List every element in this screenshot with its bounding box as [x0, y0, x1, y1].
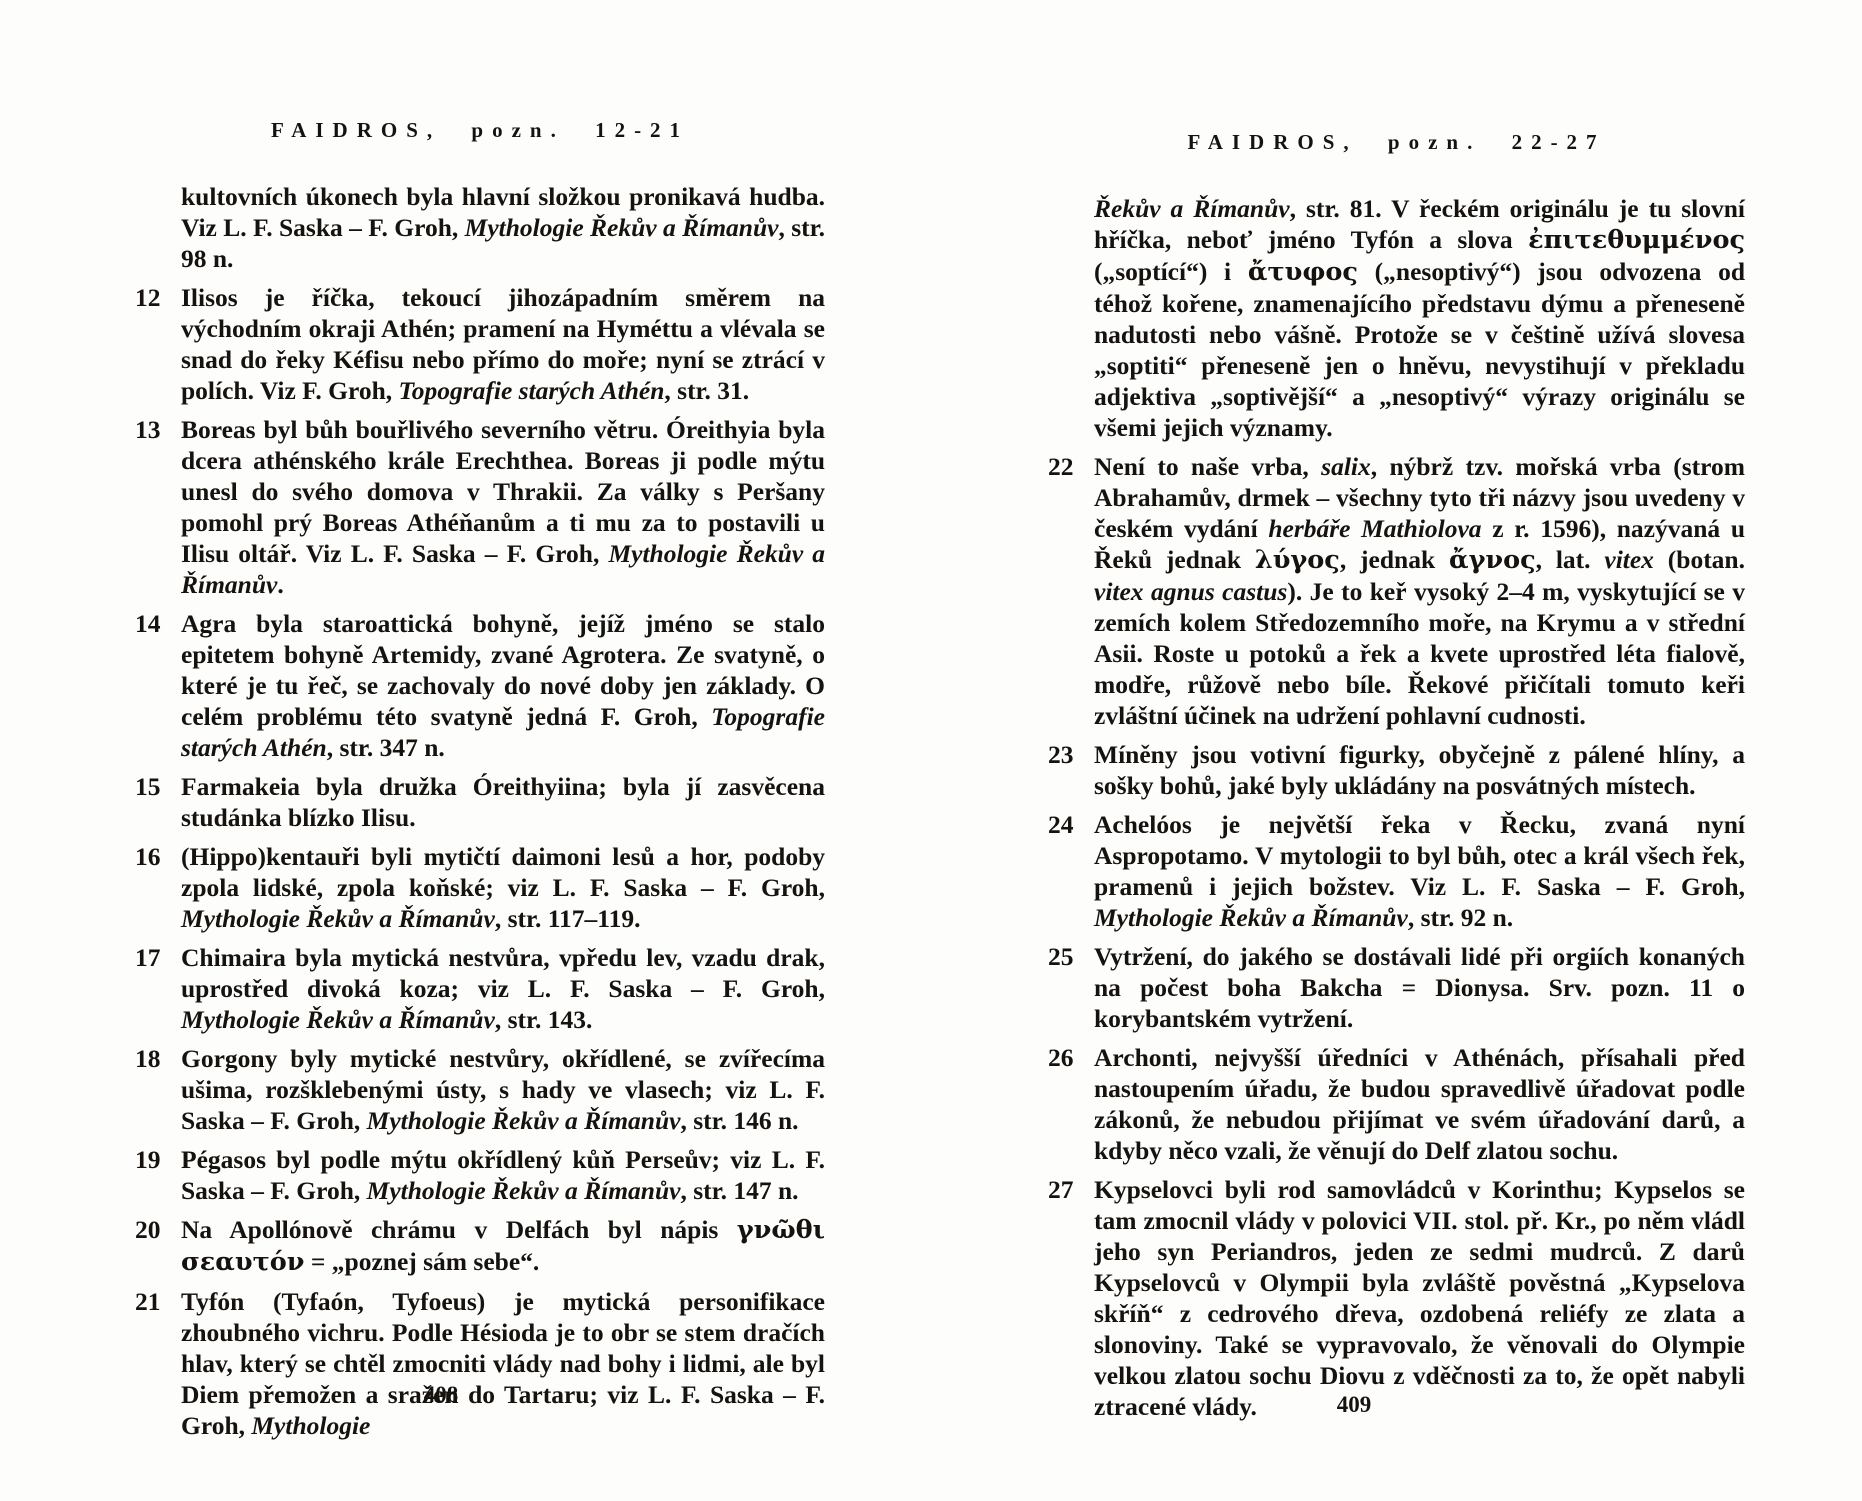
greek-phrase: λύγος: [1255, 545, 1340, 575]
book-title: Mythologie Řekův a Římanův: [367, 1106, 681, 1135]
note-19: 19Pégasos byl podle mýtu okřídlený kůň P…: [135, 1144, 825, 1206]
book-title: Mythologie Řekův a Římanův: [367, 1176, 681, 1205]
note-text: („soptící“) i: [1094, 257, 1248, 286]
greek-phrase: ἐπιτεθυμμένος: [1528, 225, 1745, 255]
note-text: , str. 117–119.: [495, 904, 641, 933]
note-13: 13Boreas byl bůh bouřlivého severního vě…: [135, 414, 825, 600]
note-number: 24: [1048, 809, 1074, 840]
note-text: , jednak: [1340, 545, 1449, 574]
page-number-left: 408: [135, 1382, 747, 1408]
note-number: 23: [1048, 739, 1074, 770]
note-25: 25Vytržení, do jakého se dostávali lidé …: [1048, 941, 1745, 1034]
note-number: 20: [135, 1214, 161, 1245]
note-number: 18: [135, 1043, 161, 1074]
page-number-right: 409: [1048, 1392, 1660, 1418]
note-22: 22Není to naše vrba, salix, nýbrž tzv. m…: [1048, 451, 1745, 731]
note-number: 14: [135, 608, 161, 639]
note-text: Kypselovci byli rod samovládců v Korinth…: [1094, 1175, 1745, 1421]
note-text: Achelóos je největší řeka v Řecku, zvaná…: [1094, 810, 1745, 901]
note-text: , lat.: [1536, 545, 1605, 574]
note-text: Není to naše vrba,: [1094, 452, 1321, 481]
notes-list-right: Řekův a Římanův, str. 81. V řeckém origi…: [1048, 193, 1745, 1422]
page-right: FAIDROS, pozn. 22-27 Řekův a Římanův, st…: [1048, 0, 1745, 1430]
note-14: 14Agra byla staroattická bohyně, jejíž j…: [135, 608, 825, 763]
note-number: 16: [135, 841, 161, 872]
note-18: 18Gorgony byly mytické nestvůry, okřídle…: [135, 1043, 825, 1136]
note-text: , str. 143.: [495, 1005, 593, 1034]
note-text: , str. 146 n.: [680, 1106, 798, 1135]
note-text: Farmakeia byla družka Óreithyiina; byla …: [181, 772, 825, 832]
note-text: Archonti, nejvyšší úředníci v Athénách, …: [1094, 1043, 1745, 1165]
book-title: salix: [1321, 452, 1371, 481]
note-24: 24Achelóos je největší řeka v Řecku, zva…: [1048, 809, 1745, 933]
book-title: Mythologie: [251, 1411, 370, 1440]
note-text: , str. 347 n.: [327, 733, 445, 762]
note-text: , str. 31.: [664, 376, 749, 405]
note-text: = „poznej sám sebe“.: [304, 1247, 539, 1276]
note-text: Na Apollónově chrámu v Delfách byl nápis: [181, 1215, 737, 1244]
note-number: 13: [135, 414, 161, 445]
note-17: 17Chimaira byla mytická nestvůra, vpředu…: [135, 942, 825, 1035]
note-text: (Hippo)kentauři byli mytičtí daimoni les…: [181, 842, 825, 902]
book-title: Topografie starých Athén: [399, 376, 665, 405]
note-text: , str. 147 n.: [680, 1176, 798, 1205]
book-title: vitex agnus castus: [1094, 577, 1287, 606]
note-number: 15: [135, 771, 161, 802]
book-title: Řekův a Římanův: [1094, 194, 1290, 223]
note-text: Vytržení, do jakého se dostávali lidé př…: [1094, 942, 1745, 1033]
note-number: 12: [135, 282, 161, 313]
note-text: Míněny jsou votivní figurky, obyčejně z …: [1094, 740, 1745, 800]
note-number: 22: [1048, 451, 1074, 482]
book-title: Mythologie Řekův a Římanův: [1094, 903, 1408, 932]
greek-phrase: ἄτυφος: [1248, 257, 1358, 287]
note-text: Chimaira byla mytická nestvůra, vpředu l…: [181, 943, 825, 1003]
note-number: 17: [135, 942, 161, 973]
note-26: 26Archonti, nejvyšší úředníci v Athénách…: [1048, 1042, 1745, 1166]
notes-list-left: kultovních úkonech byla hlavní složkou p…: [135, 181, 825, 1441]
continuation-paragraph: kultovních úkonech byla hlavní složkou p…: [135, 181, 825, 274]
note-number: 27: [1048, 1174, 1074, 1205]
book-title: herbáře Mathiolova: [1268, 514, 1481, 543]
note-number: 19: [135, 1144, 161, 1175]
note-27: 27Kypselovci byli rod samovládců v Korin…: [1048, 1174, 1745, 1422]
note-23: 23Míněny jsou votivní figurky, obyčejně …: [1048, 739, 1745, 801]
book-title: Mythologie Řekův a Římanův: [181, 1005, 495, 1034]
note-15: 15Farmakeia byla družka Óreithyiina; byl…: [135, 771, 825, 833]
note-20: 20Na Apollónově chrámu v Delfách byl náp…: [135, 1214, 825, 1278]
book-title: vitex: [1604, 545, 1654, 574]
note-16: 16(Hippo)kentauři byli mytičtí daimoni l…: [135, 841, 825, 934]
note-number: 26: [1048, 1042, 1074, 1073]
note-12: 12Ilisos je říčka, tekoucí jihozápadním …: [135, 282, 825, 406]
page-left: FAIDROS, pozn. 12-21 kultovních úkonech …: [135, 0, 825, 1449]
book-title: Mythologie Řekův a Římanův: [465, 213, 779, 242]
book-spread-scan: FAIDROS, pozn. 12-21 kultovních úkonech …: [0, 0, 1862, 1501]
note-text: , str. 92 n.: [1408, 903, 1513, 932]
note-text: .: [277, 570, 283, 599]
running-head-left: FAIDROS, pozn. 12-21: [135, 118, 825, 143]
greek-phrase: ἄγνος: [1449, 545, 1536, 575]
note-21: 21Tyfón (Tyfaón, Tyfoeus) je mytická per…: [135, 1286, 825, 1441]
note-text: (botan.: [1654, 545, 1745, 574]
running-head-right: FAIDROS, pozn. 22-27: [1048, 130, 1745, 155]
continuation-paragraph: Řekův a Římanův, str. 81. V řeckém origi…: [1048, 193, 1745, 443]
note-number: 25: [1048, 941, 1074, 972]
note-number: 21: [135, 1286, 161, 1317]
book-title: Mythologie Řekův a Římanův: [181, 904, 495, 933]
